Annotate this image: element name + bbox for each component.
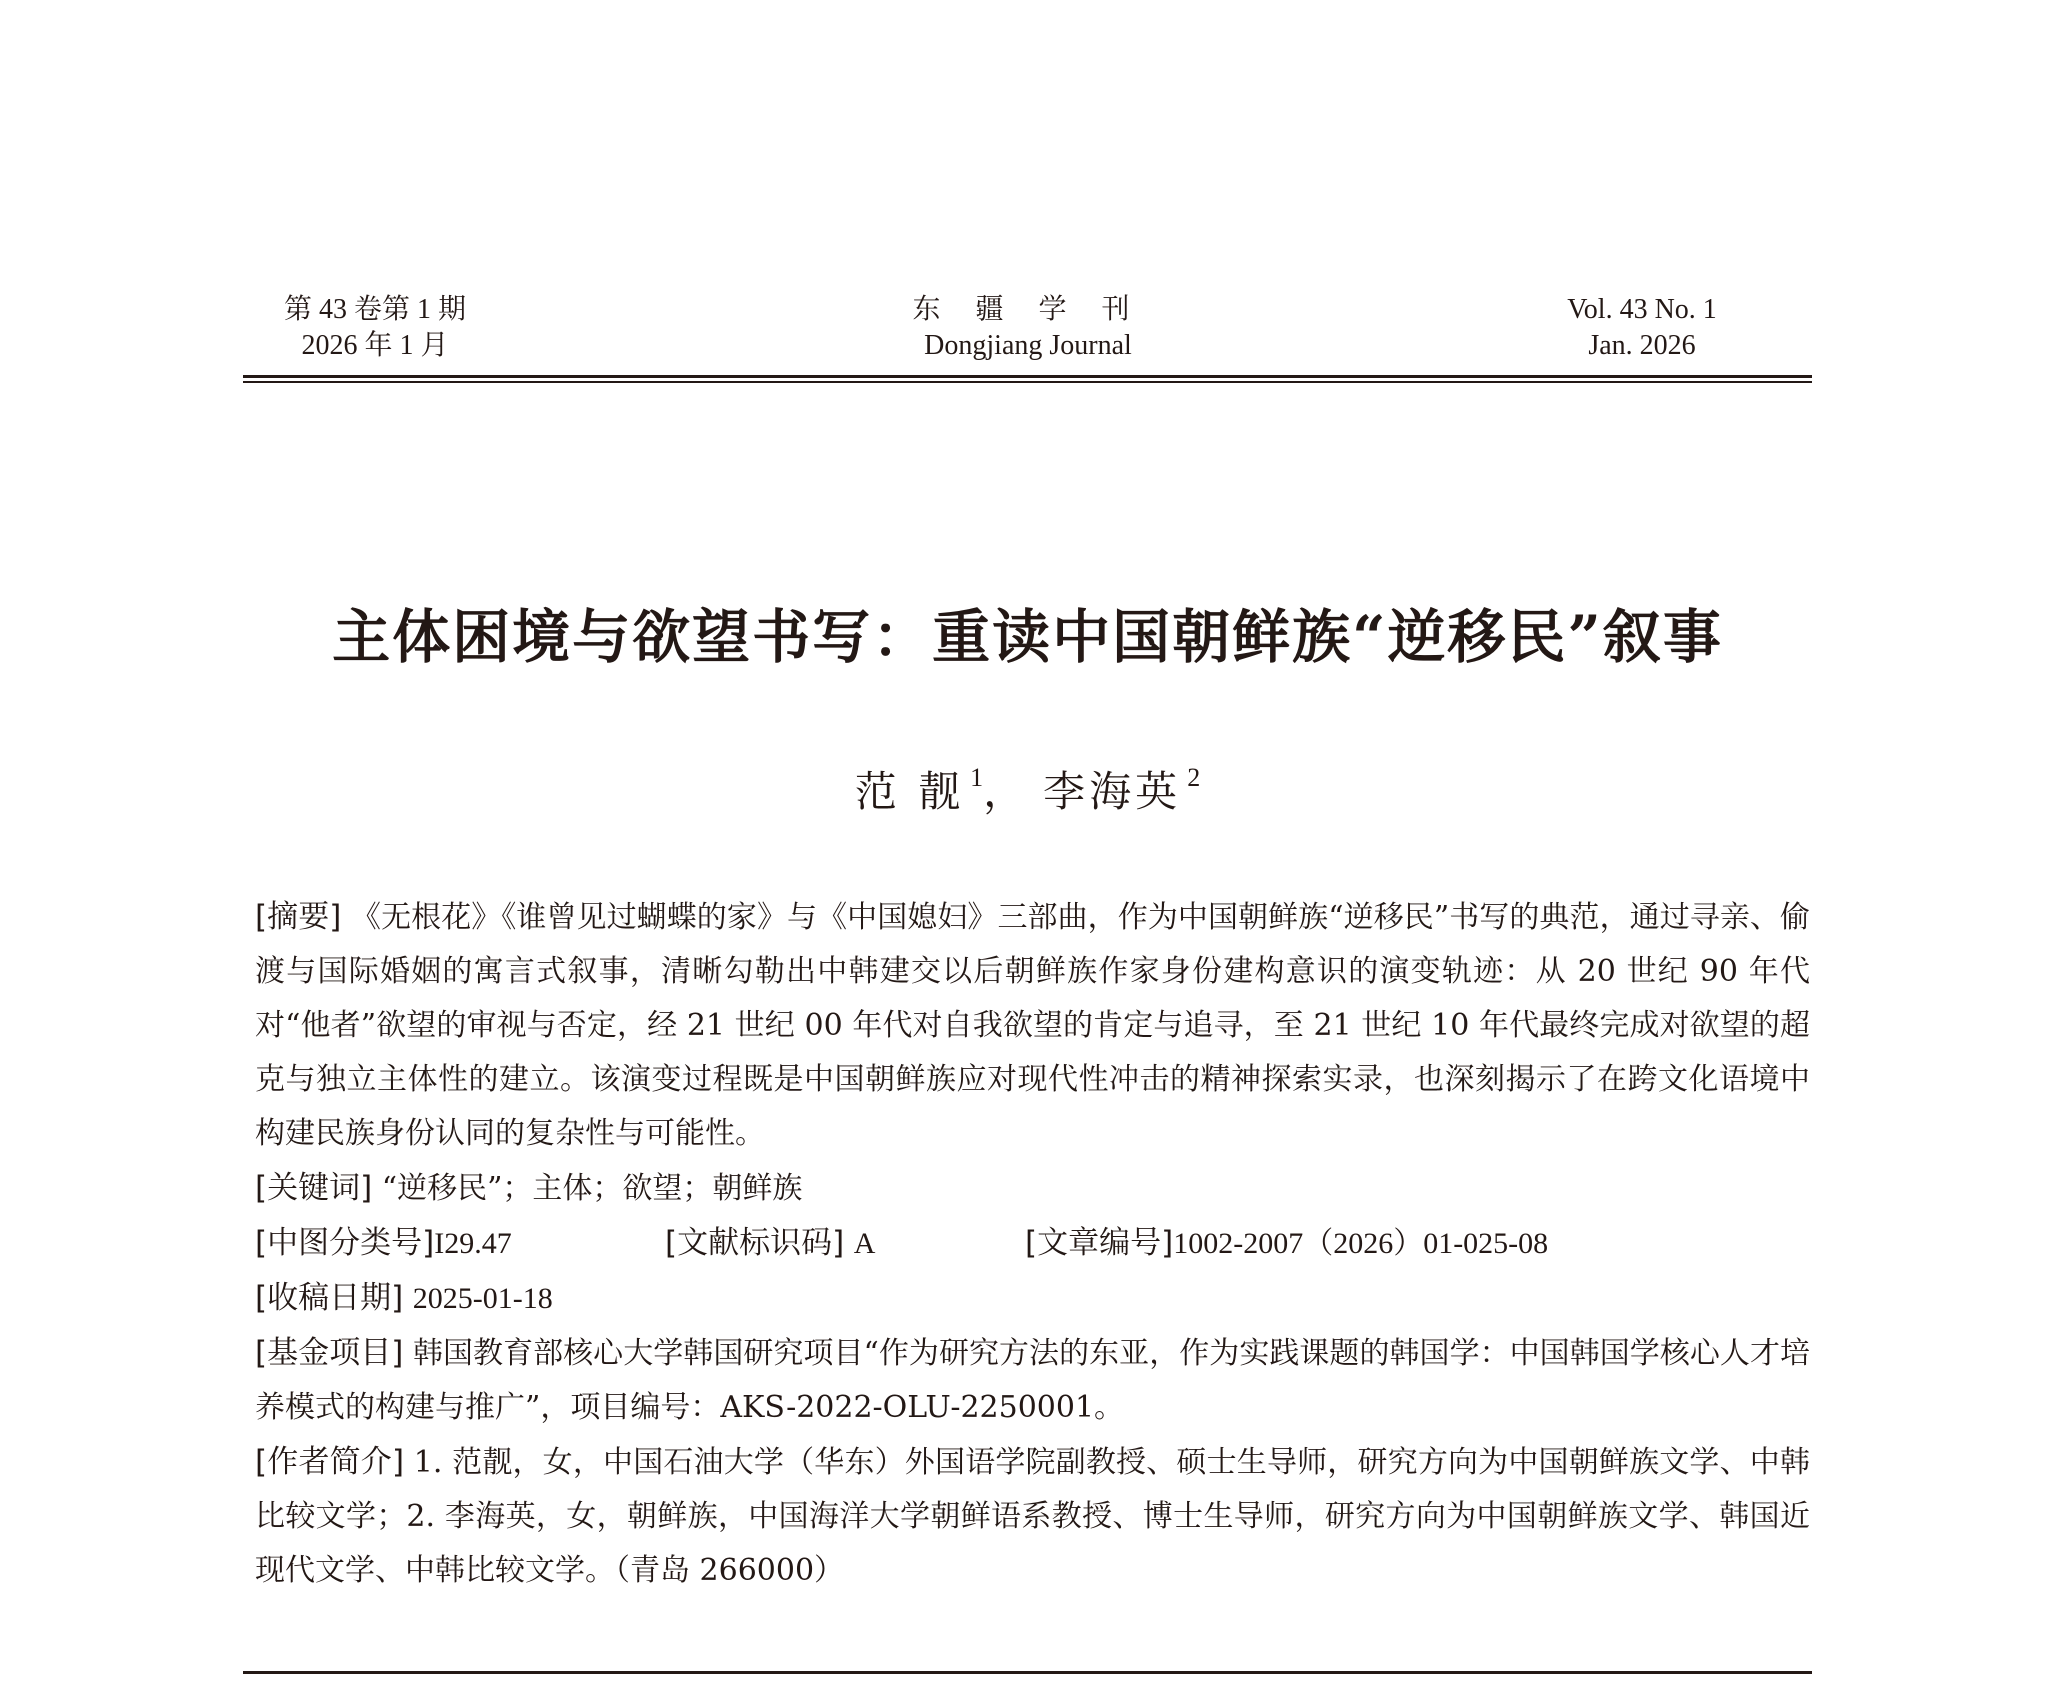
author-line: 范 靓1，李海英2	[243, 748, 1812, 822]
document-code-label: [文献标识码]	[665, 1225, 844, 1261]
author-bio: [作者简介] 1. 范靓，女，中国石油大学（华东）外国语学院副教授、硕士生导师，…	[255, 1435, 1810, 1598]
article-metadata: [摘要] 《无根花》《谁曾见过蝴蝶的家》与《中国媳妇》三部曲，作为中国朝鲜族“逆…	[255, 890, 1810, 1598]
funding-text: 韩国教育部核心大学韩国研究项目“作为研究方法的东亚，作为实践课题的韩国学：中国韩…	[255, 1336, 1810, 1425]
author-bio-label: [作者简介]	[255, 1444, 404, 1480]
date-en: Jan. 2026	[1542, 328, 1742, 364]
volume-issue-cn: 第 43 卷第 1 期	[275, 292, 475, 328]
abstract-label: [摘要]	[255, 899, 341, 935]
header-double-rule	[243, 375, 1812, 383]
author-bio-text: 1. 范靓，女，中国石油大学（华东）外国语学院副教授、硕士生导师，研究方向为中国…	[255, 1445, 1810, 1588]
journal-page: 第 43 卷第 1 期 2026 年 1 月 东 疆 学 刊 Dongjiang…	[0, 0, 2048, 1704]
running-header: 第 43 卷第 1 期 2026 年 1 月 东 疆 学 刊 Dongjiang…	[245, 292, 1812, 372]
article-number-label: [文章编号]	[1025, 1225, 1173, 1261]
abstract: [摘要] 《无根花》《谁曾见过蝴蝶的家》与《中国媳妇》三部曲，作为中国朝鲜族“逆…	[255, 890, 1810, 1161]
keywords-label: [关键词]	[255, 1170, 372, 1206]
rule-thin	[243, 381, 1812, 383]
funding: [基金项目] 韩国教育部核心大学韩国研究项目“作为研究方法的东亚，作为实践课题的…	[255, 1326, 1810, 1435]
author-name-2: 李海英	[1043, 767, 1181, 816]
received-date-value: 2025-01-18	[413, 1282, 553, 1315]
date-cn: 2026 年 1 月	[275, 328, 475, 364]
article-title: 主体困境与欲望书写：重读中国朝鲜族“逆移民”叙事	[243, 597, 1812, 677]
author-name-1: 范 靓	[855, 767, 964, 816]
received-date-label: [收稿日期]	[255, 1280, 403, 1316]
clc-number: [中图分类号]I29.47	[255, 1216, 665, 1271]
clc-label: [中图分类号]	[255, 1225, 434, 1261]
classification-row: [中图分类号]I29.47[文献标识码] A[文章编号]1002-2007（20…	[255, 1216, 1810, 1271]
author-separator: ，	[983, 767, 1029, 816]
article-number: [文章编号]1002-2007（2026）01-025-08	[1025, 1216, 1548, 1271]
journal-name-en: Dongjiang Journal	[878, 328, 1178, 364]
article-number-value: 1002-2007（2026）01-025-08	[1173, 1227, 1548, 1260]
abstract-text: 《无根花》《谁曾见过蝴蝶的家》与《中国媳妇》三部曲，作为中国朝鲜族“逆移民”书写…	[255, 900, 1810, 1151]
affiliation-mark-1: 1	[970, 763, 983, 792]
header-left: 第 43 卷第 1 期 2026 年 1 月	[275, 292, 475, 364]
received-date: [收稿日期] 2025-01-18	[255, 1271, 1810, 1326]
footer-rule	[243, 1671, 1812, 1674]
header-right: Vol. 43 No. 1 Jan. 2026	[1542, 292, 1742, 364]
volume-issue-en: Vol. 43 No. 1	[1542, 292, 1742, 328]
journal-name-cn: 东 疆 学 刊	[878, 292, 1178, 328]
document-code-value: A	[854, 1227, 876, 1260]
funding-label: [基金项目]	[255, 1335, 403, 1371]
affiliation-mark-2: 2	[1187, 763, 1200, 792]
keywords-text: “逆移民”；主体；欲望；朝鲜族	[382, 1171, 803, 1206]
document-code: [文献标识码] A	[665, 1216, 1025, 1271]
rule-thick	[243, 375, 1812, 378]
clc-value: I29.47	[434, 1227, 512, 1260]
keywords: [关键词] “逆移民”；主体；欲望；朝鲜族	[255, 1161, 1810, 1216]
header-center: 东 疆 学 刊 Dongjiang Journal	[878, 292, 1178, 364]
